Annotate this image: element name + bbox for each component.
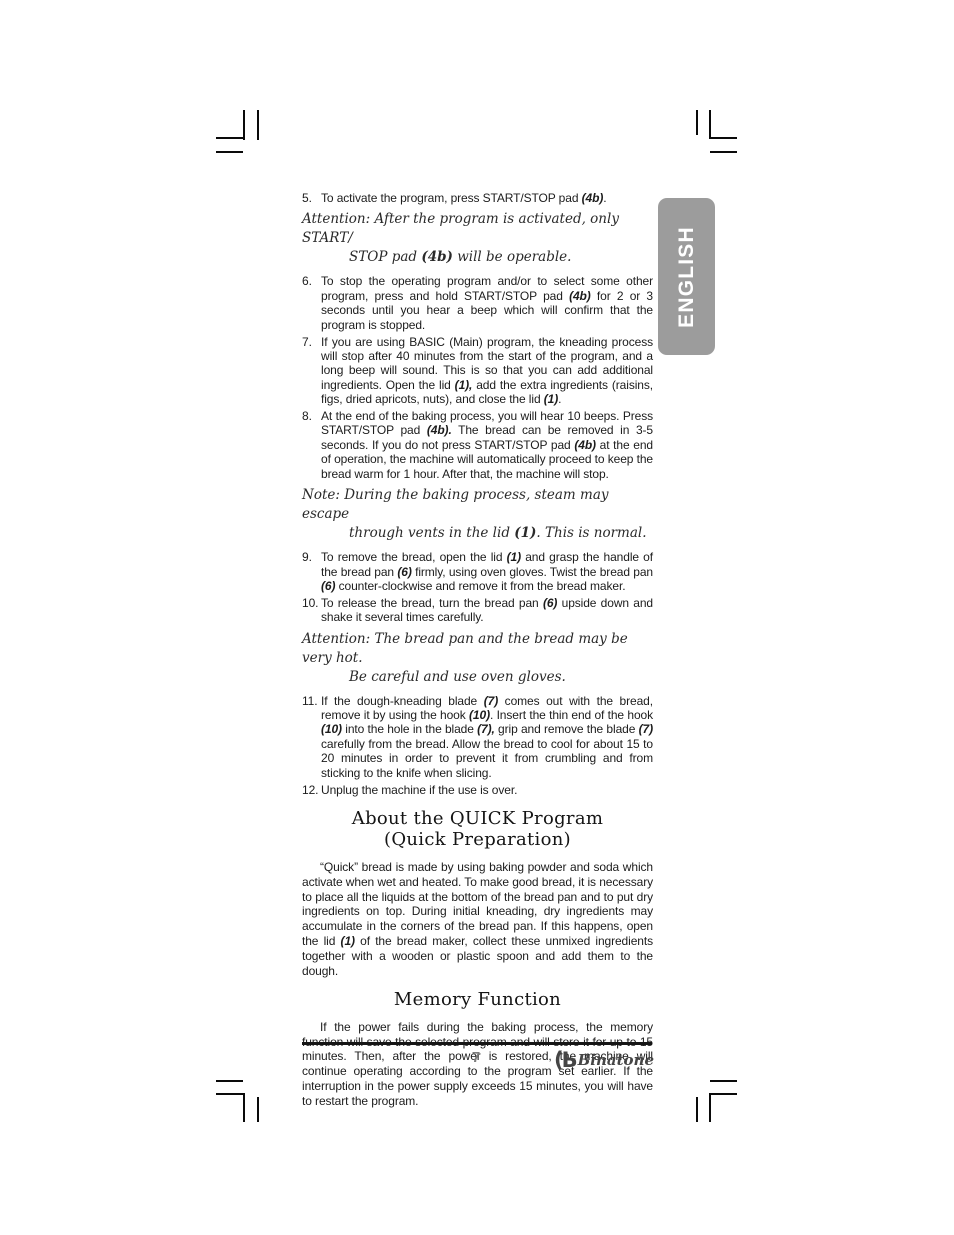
item-number: 12. bbox=[302, 783, 321, 797]
part-reference: (1) bbox=[544, 392, 558, 406]
part-reference: (7) bbox=[639, 722, 653, 736]
heading-line: Memory Function bbox=[302, 989, 653, 1011]
part-reference: (10) bbox=[469, 708, 490, 722]
part-reference: (4b). bbox=[427, 423, 452, 437]
text-run: To activate the program, press START/STO… bbox=[321, 191, 582, 205]
part-reference: (7) bbox=[484, 694, 498, 708]
crop-mark bbox=[710, 1080, 737, 1082]
brand-name: Binatone bbox=[578, 1051, 654, 1069]
italic-line: STOP pad (4b) will be operable. bbox=[302, 248, 653, 267]
crop-mark bbox=[243, 110, 245, 140]
note-block: Note: During the baking process, steam m… bbox=[302, 486, 653, 543]
text-run: grip and remove the blade bbox=[495, 722, 639, 736]
text-run: Attention: The bread pan and the bread m… bbox=[302, 631, 628, 666]
language-tab-english: ENGLISH bbox=[658, 198, 715, 355]
text-run: Unplug the machine if the use is over. bbox=[321, 783, 517, 797]
text-run: To release the bread, turn the bread pan bbox=[321, 596, 543, 610]
item-number: 9. bbox=[302, 550, 321, 564]
list-item-9: 9.To remove the bread, open the lid (1) … bbox=[302, 550, 653, 593]
part-reference: (6) bbox=[397, 565, 411, 579]
crop-mark bbox=[709, 137, 737, 139]
attention-block: Attention: After the program is activate… bbox=[302, 210, 653, 267]
list-item-8: 8.At the end of the baking process, you … bbox=[302, 409, 653, 481]
text-run: carefully from the bread. Allow the brea… bbox=[321, 737, 653, 780]
text-run: into the hole in the blade bbox=[342, 722, 477, 736]
item-number: 5. bbox=[302, 191, 321, 205]
section-heading: About the QUICK Program(Quick Preparatio… bbox=[302, 808, 653, 851]
crop-mark bbox=[216, 151, 243, 153]
text-run: will be operable. bbox=[453, 249, 572, 265]
crop-mark bbox=[696, 1097, 698, 1122]
heading-line: (Quick Preparation) bbox=[302, 829, 653, 851]
part-reference: (1), bbox=[455, 378, 473, 392]
part-reference: (1) bbox=[341, 934, 355, 948]
text-run: Attention: After the program is activate… bbox=[302, 211, 619, 246]
part-reference: (1) bbox=[514, 525, 536, 541]
crop-mark bbox=[709, 110, 711, 139]
crop-mark bbox=[216, 137, 244, 139]
part-reference: (6) bbox=[321, 579, 335, 593]
crop-mark bbox=[257, 1097, 259, 1122]
italic-line: Be careful and use oven gloves. bbox=[302, 668, 653, 687]
crop-mark bbox=[696, 110, 698, 135]
text-run: of the bread maker, collect these unmixe… bbox=[302, 934, 653, 978]
text-run: . bbox=[603, 191, 606, 205]
crop-mark bbox=[216, 1080, 243, 1082]
binatone-logo-icon: (Ь bbox=[554, 1050, 576, 1071]
crop-mark bbox=[257, 110, 259, 140]
crop-mark bbox=[709, 1093, 737, 1095]
crop-mark bbox=[243, 1093, 245, 1122]
text-run: . This is normal. bbox=[536, 525, 646, 541]
text-run: To remove the bread, open the lid bbox=[321, 550, 507, 564]
part-reference: (4b) bbox=[574, 438, 596, 452]
text-run: Be careful and use oven gloves. bbox=[349, 669, 566, 685]
text-run: Note: During the baking process, steam m… bbox=[302, 487, 609, 522]
text-run: If the dough-kneading blade bbox=[321, 694, 484, 708]
part-reference: (4b) bbox=[421, 249, 453, 265]
item-number: 6. bbox=[302, 274, 321, 288]
heading-line: About the QUICK Program bbox=[302, 808, 653, 830]
list-item-6: 6.To stop the operating program and/or t… bbox=[302, 274, 653, 332]
attention-block: Attention: The bread pan and the bread m… bbox=[302, 630, 653, 687]
list-item-12: 12.Unplug the machine if the use is over… bbox=[302, 783, 653, 797]
part-reference: (1) bbox=[507, 550, 521, 564]
part-reference: (10) bbox=[321, 722, 342, 736]
list-item-11: 11.If the dough-kneading blade (7) comes… bbox=[302, 694, 653, 780]
section-heading: Memory Function bbox=[302, 989, 653, 1011]
text-run: counter-clockwise and remove it from the… bbox=[335, 579, 625, 593]
italic-line: through vents in the lid (1). This is no… bbox=[302, 524, 653, 543]
manual-page: ENGLISH 5.To activate the program, press… bbox=[0, 0, 954, 1235]
list-item-10: 10.To release the bread, turn the bread … bbox=[302, 596, 653, 625]
language-tab-label: ENGLISH bbox=[675, 226, 699, 328]
italic-line: Attention: The bread pan and the bread m… bbox=[302, 630, 653, 668]
text-run: . Insert the thin end of the hook bbox=[490, 708, 653, 722]
italic-line: Note: During the baking process, steam m… bbox=[302, 486, 653, 524]
part-reference: (6) bbox=[543, 596, 557, 610]
part-reference: (4b) bbox=[569, 289, 591, 303]
text-run: through vents in the lid bbox=[349, 525, 514, 541]
paragraph: “Quick” bread is made by using baking po… bbox=[302, 860, 653, 978]
footer-rule bbox=[302, 1042, 652, 1045]
italic-line: Attention: After the program is activate… bbox=[302, 210, 653, 248]
text-run: STOP pad bbox=[349, 249, 421, 265]
item-number: 10. bbox=[302, 596, 321, 610]
crop-mark bbox=[216, 1093, 244, 1095]
list-item-7: 7.If you are using BASIC (Main) program,… bbox=[302, 335, 653, 407]
list-item-5: 5.To activate the program, press START/S… bbox=[302, 191, 653, 205]
page-content: 5.To activate the program, press START/S… bbox=[302, 191, 653, 1118]
page-number: 7 bbox=[460, 1049, 492, 1066]
text-run: . bbox=[558, 392, 561, 406]
crop-mark bbox=[709, 1093, 711, 1122]
brand-logo: (Ь Binatone bbox=[552, 1046, 654, 1074]
item-number: 7. bbox=[302, 335, 321, 349]
item-number: 11. bbox=[302, 694, 321, 708]
text-run: firmly, using oven gloves. Twist the bre… bbox=[412, 565, 653, 579]
item-number: 8. bbox=[302, 409, 321, 423]
crop-mark bbox=[710, 151, 737, 153]
part-reference: (7), bbox=[477, 722, 495, 736]
part-reference: (4b) bbox=[582, 191, 604, 205]
